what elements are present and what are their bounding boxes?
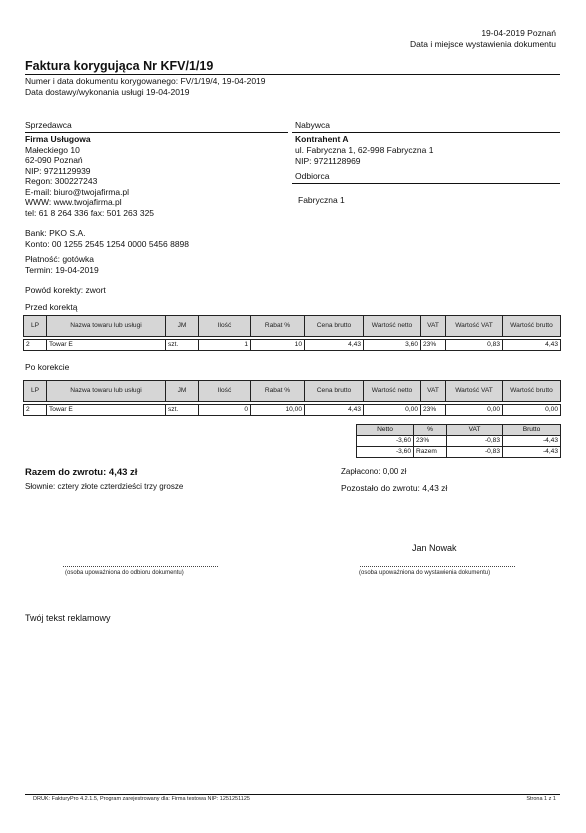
refund-total: Razem do zwrotu: 4,43 zł xyxy=(25,467,137,478)
delivery-date: Data dostawy/wykonania usługi 19-04-2019 xyxy=(25,87,189,98)
seller-line: 62-090 Poznań xyxy=(25,155,154,166)
cell-lp: 2 xyxy=(24,340,47,351)
cell-name: Towar E xyxy=(47,405,166,416)
amount-in-words: Słownie: cztery złote czterdzieści trzy … xyxy=(25,482,183,491)
seller-divider xyxy=(25,132,288,133)
cell-lp: 2 xyxy=(24,405,47,416)
seller-line: WWW: www.twojafirma.pl xyxy=(25,197,154,208)
cell-quantity: 1 xyxy=(199,340,251,351)
before-correction-table: LP Nazwa towaru lub usługi JM Ilość Raba… xyxy=(23,315,561,351)
document-title: Faktura korygująca Nr KFV/1/19 xyxy=(25,59,213,73)
buyer-divider xyxy=(292,132,560,133)
column-header: Rabat % xyxy=(251,381,305,402)
buyer-address: ul. Fabryczna 1, 62-998 Fabryczna 1 xyxy=(295,145,433,156)
table-row: 2 Towar E szt. 0 10,00 4,43 0,00 23% 0,0… xyxy=(24,405,561,416)
seller-line: E-mail: biuro@twojafirma.pl xyxy=(25,187,154,198)
issue-date-place: 19-04-2019 Poznań xyxy=(481,28,556,39)
column-header: VAT xyxy=(421,381,446,402)
seller-line: NIP: 9721129939 xyxy=(25,166,154,177)
after-correction-label: Po korekcie xyxy=(25,362,69,373)
column-header: Wartość VAT xyxy=(446,381,503,402)
seller-label: Sprzedawca xyxy=(25,120,72,131)
column-header: LP xyxy=(24,381,47,402)
amount-remaining: Pozostało do zwrotu: 4,43 zł xyxy=(341,483,447,493)
column-header: JM xyxy=(166,316,199,337)
issuer-name: Jan Nowak xyxy=(412,543,457,553)
column-header: Ilość xyxy=(199,381,251,402)
cell-gross: -4,43 xyxy=(503,447,561,458)
payment-due: Termin: 19-04-2019 xyxy=(25,265,99,276)
cell-rate: Razem xyxy=(414,447,447,458)
cell-vat: -0,83 xyxy=(447,436,503,447)
column-header: Wartość netto xyxy=(364,381,421,402)
column-header: JM xyxy=(166,381,199,402)
column-header: Wartość brutto xyxy=(503,381,561,402)
issuer-signature-caption: (osoba upoważniona do wystawienia dokume… xyxy=(359,570,490,576)
footer-divider xyxy=(25,794,560,795)
buyer-nip: NIP: 9721128969 xyxy=(295,156,361,167)
correction-reason: Powód korekty: zwort xyxy=(25,285,106,296)
column-header: Nazwa towaru lub usługi xyxy=(47,381,166,402)
column-header: % xyxy=(414,425,447,436)
column-header: Wartość brutto xyxy=(503,316,561,337)
cell-gross-price: 4,43 xyxy=(305,405,364,416)
cell-vat-value: 0,83 xyxy=(446,340,503,351)
cell-vat-value: 0,00 xyxy=(446,405,503,416)
receiver-signature-line xyxy=(63,566,218,567)
buyer-name: Kontrahent A xyxy=(295,134,349,145)
printed-by: DRUK: FakturyPro 4.2.1.5, Program zareje… xyxy=(33,796,250,802)
cell-quantity: 0 xyxy=(199,405,251,416)
seller-line: tel: 61 8 264 336 fax: 501 263 325 xyxy=(25,208,154,219)
cell-net-value: 3,60 xyxy=(364,340,421,351)
column-header: Rabat % xyxy=(251,316,305,337)
column-header: Ilość xyxy=(199,316,251,337)
seller-name: Firma Usługowa xyxy=(25,134,154,145)
column-header: Wartość VAT xyxy=(446,316,503,337)
cell-gross-price: 4,43 xyxy=(305,340,364,351)
cell-net: -3,60 xyxy=(357,447,414,458)
table-header-row: LP Nazwa towaru lub usługi JM Ilość Raba… xyxy=(24,381,561,402)
seller-line: Małeckiego 10 xyxy=(25,145,154,156)
issuer-signature-line xyxy=(360,566,515,567)
after-correction-table: LP Nazwa towaru lub usługi JM Ilość Raba… xyxy=(23,380,561,416)
page-number: Strona 1 z 1 xyxy=(526,796,556,802)
cell-gross: -4,43 xyxy=(503,436,561,447)
column-header: LP xyxy=(24,316,47,337)
column-header: Wartość netto xyxy=(364,316,421,337)
table-row: -3,60 Razem -0,83 -4,43 xyxy=(357,447,561,458)
table-row: 2 Towar E szt. 1 10 4,43 3,60 23% 0,83 4… xyxy=(24,340,561,351)
cell-name: Towar E xyxy=(47,340,166,351)
cell-vat-rate: 23% xyxy=(421,340,446,351)
recipient-label: Odbiorca xyxy=(295,171,330,182)
advertising-text: Twój tekst reklamowy xyxy=(25,613,111,623)
column-header: VAT xyxy=(421,316,446,337)
cell-gross-value: 4,43 xyxy=(503,340,561,351)
seller-account: Konto: 00 1255 2545 1254 0000 5456 8898 xyxy=(25,239,189,250)
before-correction-label: Przed korektą xyxy=(25,302,77,313)
cell-unit: szt. xyxy=(166,405,199,416)
table-header-row: LP Nazwa towaru lub usługi JM Ilość Raba… xyxy=(24,316,561,337)
cell-rate: 23% xyxy=(414,436,447,447)
vat-summary-table: Netto % VAT Brutto -3,60 23% -0,83 -4,43… xyxy=(356,424,561,458)
recipient-divider xyxy=(292,183,560,184)
cell-gross-value: 0,00 xyxy=(503,405,561,416)
cell-vat: -0,83 xyxy=(447,447,503,458)
cell-discount: 10,00 xyxy=(251,405,305,416)
recipient-value: Fabryczna 1 xyxy=(298,195,345,206)
cell-unit: szt. xyxy=(166,340,199,351)
buyer-label: Nabywca xyxy=(295,120,330,131)
issue-date-place-label: Data i miejsce wystawienia dokumentu xyxy=(410,39,556,50)
seller-bank: Bank: PKO S.A. xyxy=(25,228,85,239)
receiver-signature-caption: (osoba upoważniona do odbioru dokumentu) xyxy=(65,570,184,576)
amount-paid: Zapłacono: 0,00 zł xyxy=(341,467,406,476)
column-header: Brutto xyxy=(503,425,561,436)
column-header: Nazwa towaru lub usługi xyxy=(47,316,166,337)
seller-block: Firma Usługowa Małeckiego 10 62-090 Pozn… xyxy=(25,134,154,218)
column-header: VAT xyxy=(447,425,503,436)
corrected-document-info: Numer i data dokumentu korygowanego: FV/… xyxy=(25,76,266,87)
cell-net-value: 0,00 xyxy=(364,405,421,416)
column-header: Cena brutto xyxy=(305,381,364,402)
title-divider xyxy=(25,74,560,75)
cell-net: -3,60 xyxy=(357,436,414,447)
payment-method: Płatność: gotówka xyxy=(25,254,94,265)
seller-line: Regon: 300227243 xyxy=(25,176,154,187)
column-header: Netto xyxy=(357,425,414,436)
table-row: -3,60 23% -0,83 -4,43 xyxy=(357,436,561,447)
cell-discount: 10 xyxy=(251,340,305,351)
table-header-row: Netto % VAT Brutto xyxy=(357,425,561,436)
cell-vat-rate: 23% xyxy=(421,405,446,416)
column-header: Cena brutto xyxy=(305,316,364,337)
